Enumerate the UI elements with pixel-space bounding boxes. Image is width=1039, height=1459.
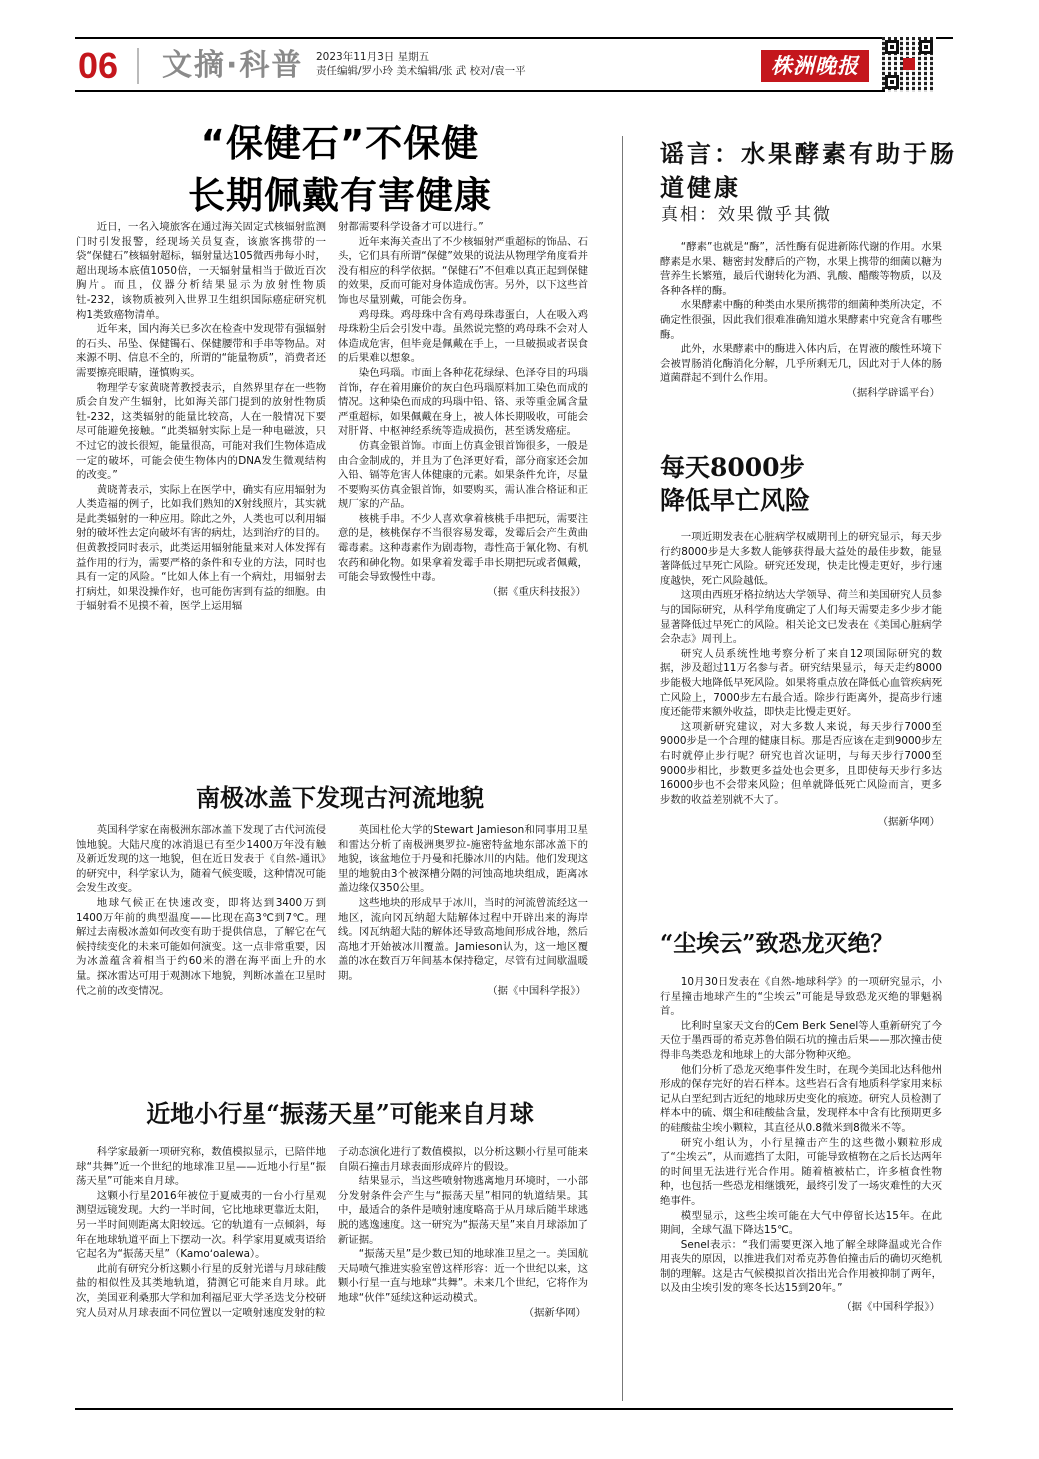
- paragraph: 核桃手串。不少人喜欢拿着核桃手串把玩，需要注意的是，核桃保存不当很容易发霉，发霉…: [338, 512, 588, 585]
- paragraph: 一项近期发表在心脏病学权威期刊上的研究显示，每天步行约8000步是大多数人能够获…: [660, 530, 942, 588]
- masthead-meta: 2023年11月3日 星期五 责任编辑/罗小玲 美术编辑/张 武 校对/袁一平: [316, 50, 526, 78]
- paragraph: 10月30日发表在《自然-地球科学》的一项研究显示，小行星撞击地球产生的“尘埃云…: [660, 975, 942, 1019]
- article-steps-body: 一项近期发表在心脏病学权威期刊上的研究显示，每天步行约8000步是大多数人能够获…: [660, 530, 942, 830]
- section-title: 文摘·科普: [162, 45, 303, 87]
- article-source: （据新华网）: [338, 1306, 588, 1321]
- masthead-top-rule: [75, 37, 953, 39]
- editor-credits: 责任编辑/罗小玲 美术编辑/张 武 校对/袁一平: [316, 64, 526, 78]
- paragraph: 仿真金银首饰。市面上仿真金银首饰很多，一般是由合金制成的，并且为了色泽更好看，部…: [338, 439, 588, 512]
- article-asteroid-col2: 子动态演化进行了数值模拟，以分析这颗小行星可能来自陨石撞击月球表面形成碎片的假设…: [338, 1145, 588, 1320]
- paragraph: 近日，一名入境旅客在通过海关固定式核辐射监测门时引发报警，经现场关员复查，该旅客…: [76, 220, 326, 322]
- article-dust-cloud-body: 10月30日发表在《自然-地球科学》的一项研究显示，小行星撞击地球产生的“尘埃云…: [660, 975, 942, 1315]
- qr-code-icon: [882, 37, 936, 92]
- paragraph: 这些地块的形成早于冰川，当时的河流曾流经这一地区，流向冈瓦纳超大陆解体过程中开辟…: [338, 896, 588, 984]
- article-headline-dust-cloud: “尘埃云”致恐龙灭绝？: [660, 928, 960, 960]
- paragraph: 结果显示，当这些喷射物逃离地月环境时，一小部分发射条件会产生与“振荡天星”相同的…: [338, 1174, 588, 1247]
- paragraph: 这项由西班牙格拉纳达大学领导、荷兰和美国研究人员参与的国际研究，从科学角度确定了…: [660, 588, 942, 646]
- paragraph: 物理学专家黄晓菁教授表示，自然界里存在一些物质会自发产生辐射，比如海关部门提到的…: [76, 381, 326, 483]
- paragraph: 近年来海关查出了不少核辐射严重超标的饰品、石头，它们具有所谓“保健”效果的说法从…: [338, 235, 588, 308]
- paragraph: 这项新研究建议，对大多数人来说，每天步行7000至9000步是一个合理的健康目标…: [660, 720, 942, 808]
- article-health-stone-col1: 近日，一名入境旅客在通过海关固定式核辐射监测门时引发报警，经现场关员复查，该旅客…: [76, 220, 326, 614]
- article-source: （据《中国科学报》）: [660, 1300, 942, 1315]
- paragraph: 黄晓菁表示，实际上在医学中，确实有应用辐射为人类造福的例子，比如我们熟知的X射线…: [76, 483, 326, 614]
- paragraph: 英国科学家在南极洲东部冰盖下发现了古代河流侵蚀地貌。大陆尺度的冰消退已有至少14…: [76, 823, 326, 896]
- page-bottom-rule: [75, 1408, 953, 1410]
- paragraph: 染色玛瑙。市面上各种花花绿绿、色泽夺目的玛瑙首饰，存在着用廉价的灰白色玛瑙原料加…: [338, 366, 588, 439]
- article-headline-asteroid: 近地小行星“振荡天星”可能来自月球: [80, 1097, 600, 1131]
- article-asteroid-col1: 科学家最新一项研究称，数值模拟显示，已陪伴地球“共舞”近一个世纪的地球准卫星——…: [76, 1145, 326, 1320]
- paragraph: 地球气候正在快速改变，即将达到3400万到1400万年前的典型温度——比现在高3…: [76, 896, 326, 998]
- paragraph: 研究小组认为，小行星撞击产生的这些微小颗粒形成了“尘埃云”，从而遮挡了太阳，可能…: [660, 1136, 942, 1209]
- paragraph: 水果酵素中酶的种类由水果所携带的细菌种类所决定，不确定性很强，因此我们很难准确知…: [660, 298, 942, 342]
- paragraph: 射都需要科学设备才可以进行。”: [338, 220, 588, 235]
- article-source: （据《中国科学报》）: [338, 984, 588, 999]
- paragraph: 此前有研究分析这颗小行星的反射光谱与月球硅酸盐的相似性及其类地轨道，猜测它可能来…: [76, 1262, 326, 1320]
- paragraph: 子动态演化进行了数值模拟，以分析这颗小行星可能来自陨石撞击月球表面形成碎片的假设…: [338, 1145, 588, 1174]
- newspaper-logo: 株洲晚报: [761, 50, 869, 82]
- issue-date: 2023年11月3日 星期五: [316, 50, 526, 64]
- paragraph: 他们分析了恐龙灭绝事件发生时，在现今美国北达科他州形成的保存完好的岩石样本。这些…: [660, 1063, 942, 1136]
- article-enzyme-body: “酵素”也就是“酶”，活性酶有促进新陈代谢的作用。水果酵素是水果、糖密封发酵后的…: [660, 240, 942, 401]
- article-source: （据新华网）: [660, 815, 942, 830]
- paragraph: 鸡母珠。鸡母珠中含有鸡母珠毒蛋白，人在吸入鸡母珠粉尘后会引发中毒。虽然说完整的鸡…: [338, 308, 588, 366]
- column-divider: [622, 136, 623, 1401]
- paragraph: 英国杜伦大学的Stewart Jamieson和同事用卫星和雷达分析了南极洲奥罗…: [338, 823, 588, 896]
- article-subheadline-enzyme: 真相：效果微乎其微: [661, 203, 832, 227]
- article-health-stone-col2: 射都需要科学设备才可以进行。” 近年来海关查出了不少核辐射严重超标的饰品、石头，…: [338, 220, 588, 599]
- paragraph: 近年来，国内海关已多次在检查中发现带有强辐射的石头、吊坠、保健镯石、保健腰带和手…: [76, 322, 326, 380]
- paragraph: 研究人员系统性地考察分析了来自12项国际研究的数据，涉及超过11万名参与者。研究…: [660, 647, 942, 720]
- article-antarctic-col1: 英国科学家在南极洲东部冰盖下发现了古代河流侵蚀地貌。大陆尺度的冰消退已有至少14…: [76, 823, 326, 998]
- paragraph: “酵素”也就是“酶”，活性酶有促进新陈代谢的作用。水果酵素是水果、糖密封发酵后的…: [660, 240, 942, 298]
- page-number: 06: [78, 44, 118, 88]
- paragraph: 这颗小行星2016年被位于夏威夷的一台小行星观测望远镜发现。大约一半时间，它比地…: [76, 1189, 326, 1262]
- article-headline-antarctic: 南极冰盖下发现古河流地貌: [80, 782, 600, 814]
- article-headline-health-stone: “保健石”不保健 长期佩戴有害健康: [80, 118, 600, 222]
- paragraph: 模型显示，这些尘埃可能在大气中停留长达15年。在此期间，全球气温下降达15℃。: [660, 1209, 942, 1238]
- article-headline-steps: 每天8000步 降低早亡风险: [660, 451, 960, 517]
- paragraph: Senel表示：“我们需要更深入地了解全球降温或光合作用丧失的原因，以推进我们对…: [660, 1238, 942, 1296]
- paragraph: 此外，水果酵素中的酶进入体内后，在胃液的酸性环境下会被胃肠消化酶消化分解，几乎所…: [660, 342, 942, 386]
- masthead-divider: [137, 48, 139, 84]
- paragraph: 比利时皇家天文台的Cem Berk Senel等人重新研究了今天位于墨西哥的希克…: [660, 1019, 942, 1063]
- article-source: （据《重庆科技报》）: [338, 585, 588, 600]
- paragraph: 科学家最新一项研究称，数值模拟显示，已陪伴地球“共舞”近一个世纪的地球准卫星——…: [76, 1145, 326, 1189]
- article-headline-enzyme: 谣言：水果酵素有助于肠道健康: [660, 137, 960, 205]
- paragraph: “振荡天星”是少数已知的地球准卫星之一。美国航天局喷气推进实验室曾这样形容：近一…: [338, 1247, 588, 1305]
- article-antarctic-col2: 英国杜伦大学的Stewart Jamieson和同事用卫星和雷达分析了南极洲奥罗…: [338, 823, 588, 998]
- masthead-bottom-rule: [75, 90, 885, 92]
- article-source: （据科学辟谣平台）: [660, 386, 942, 401]
